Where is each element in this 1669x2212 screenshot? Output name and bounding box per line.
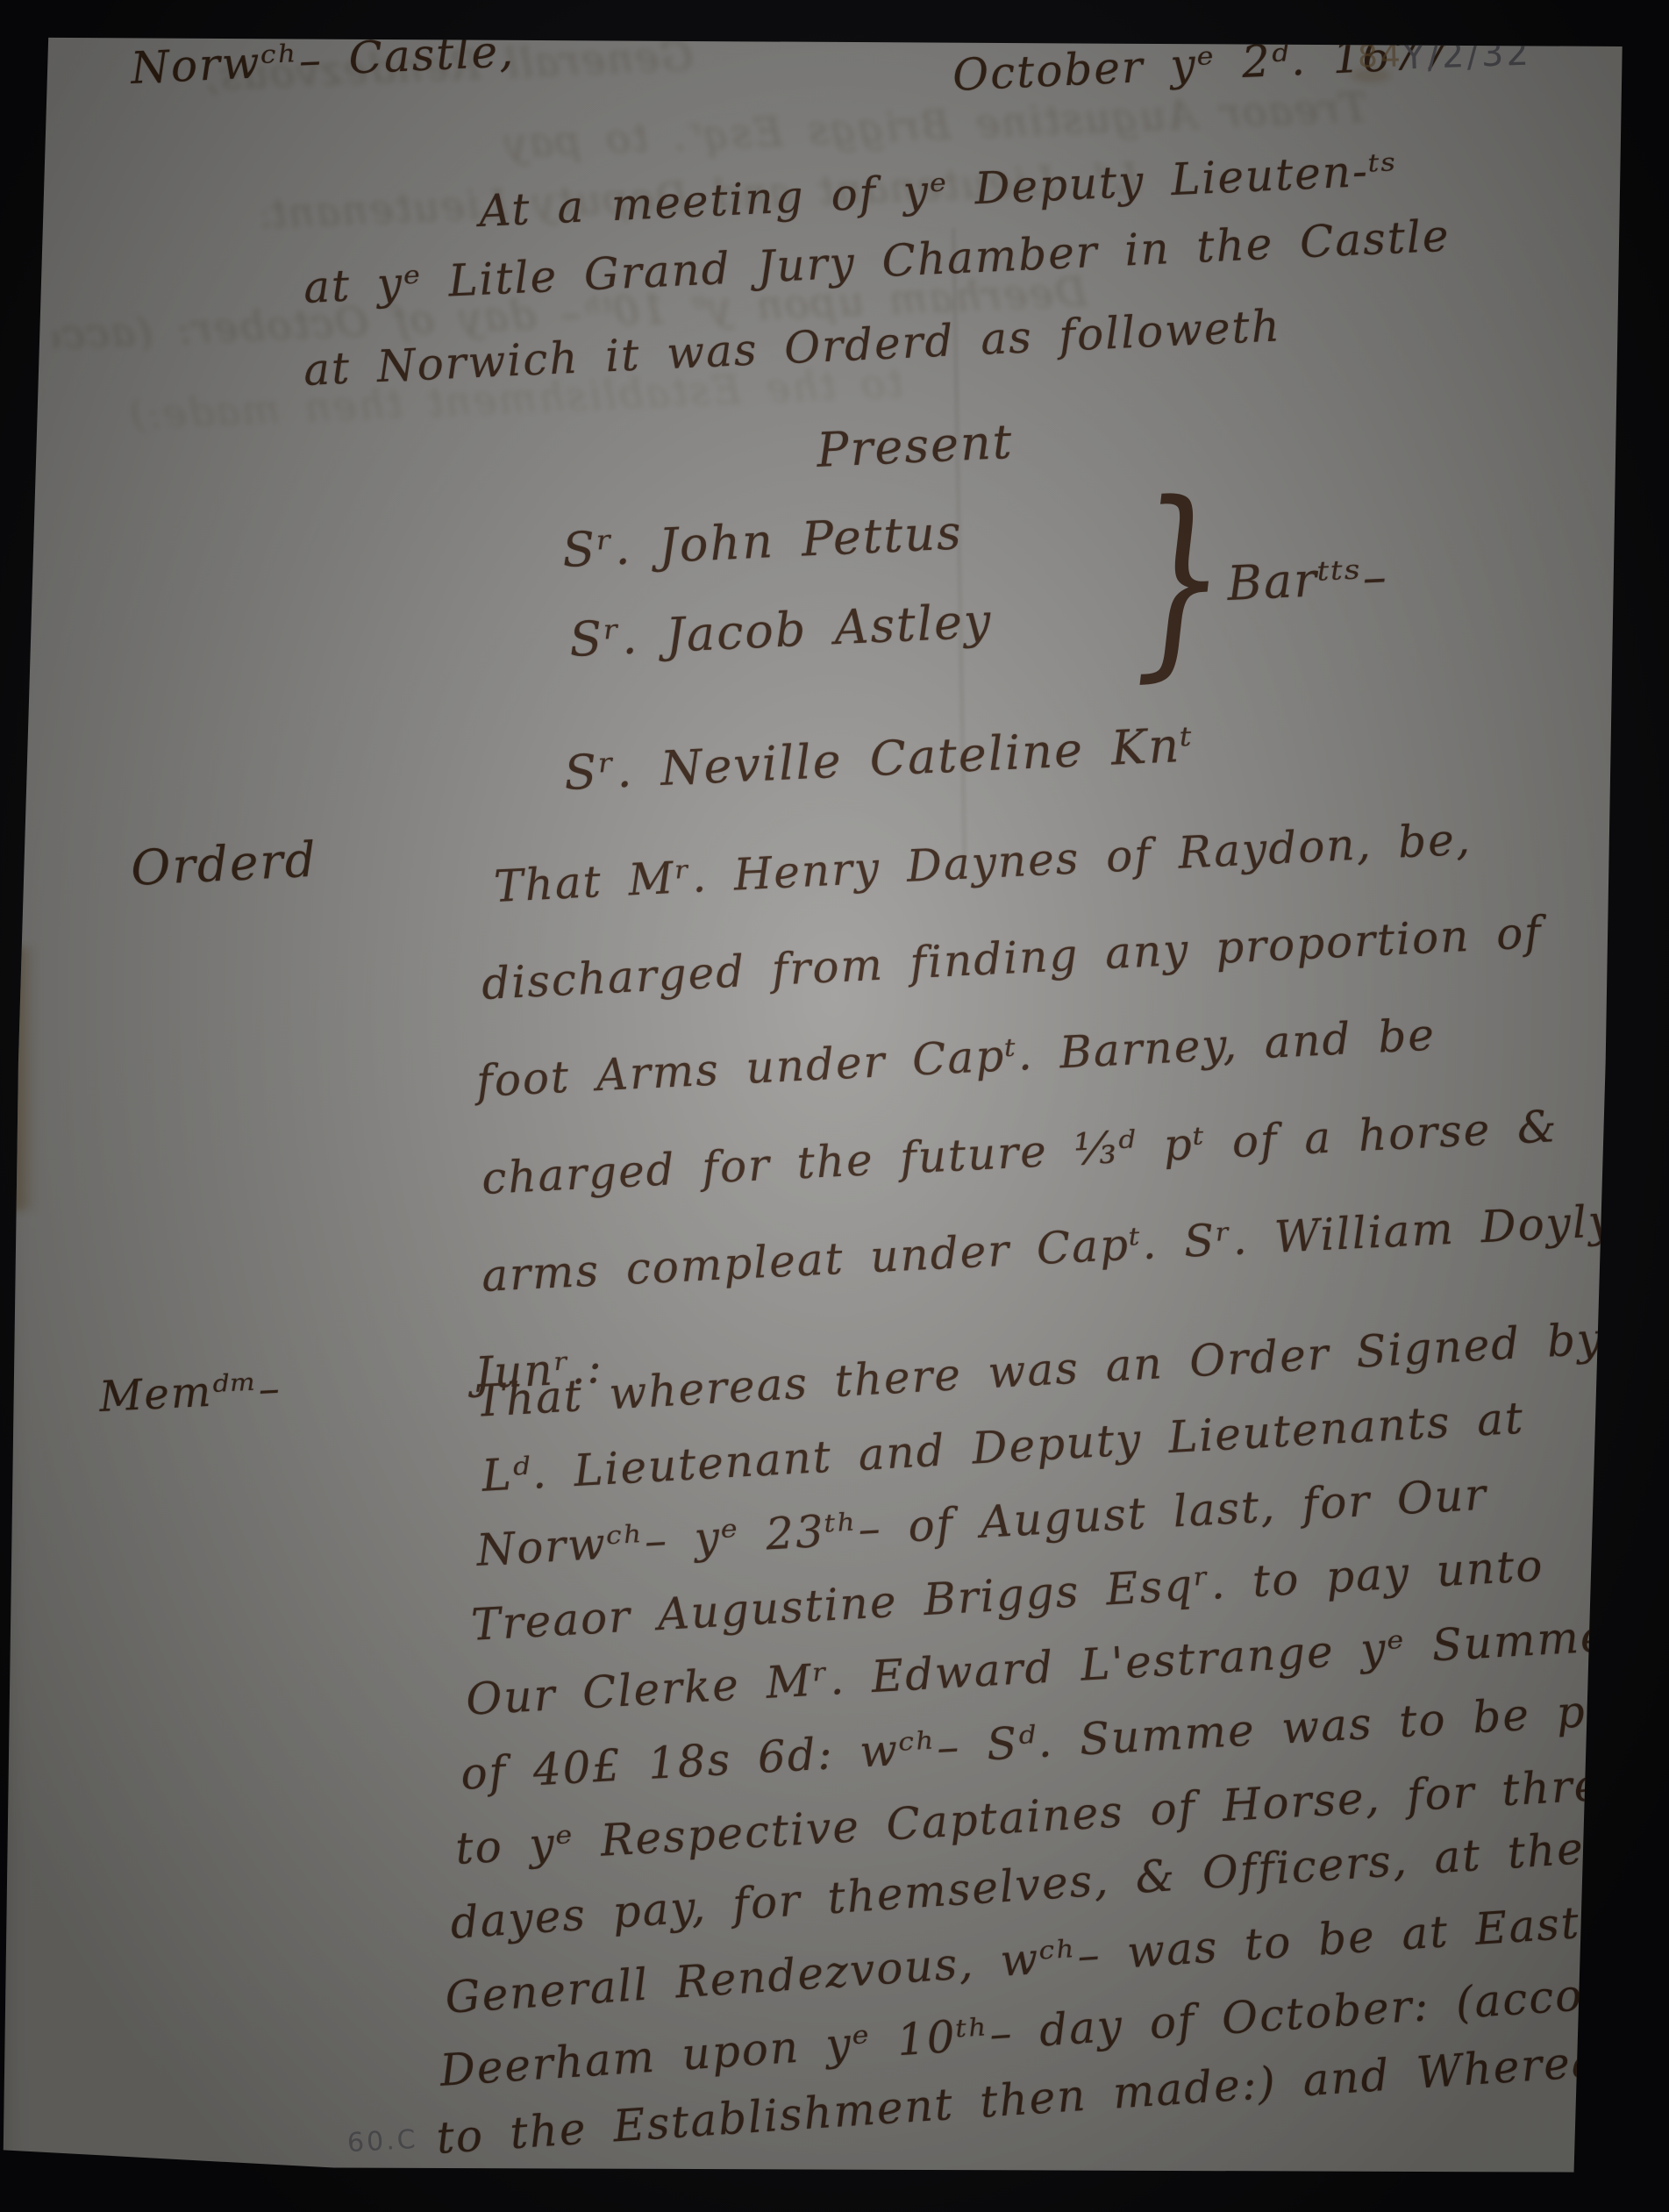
header-date: October yᵉ 2ᵈ. 1677 (952, 30, 1452, 98)
memorandum-line-3: Norwᶜʰ– yᵉ 23ᵗʰ– of August last, for Our (475, 1472, 1488, 1574)
opening-line-2: at yᵉ Litle Grand Jury Chamber in the Ca… (303, 213, 1451, 311)
memorandum-line-1: That whereas there was an Order Signed b… (474, 1312, 1669, 1425)
memorandum-line-9: Generall Rendezvous, wᶜʰ– was to be at E… (444, 1900, 1581, 2021)
orderd-line-2: discharged from finding any proportion o… (481, 910, 1544, 1008)
orderd-line-6: Junʳ.: (474, 1345, 604, 1397)
attendee-rank: Barᵗᵗˢ– (1226, 553, 1389, 610)
present-heading: Present (816, 417, 1015, 476)
paper-stain (11, 947, 37, 1210)
bleed-through-line: to the Establishment then made:) and Whe… (113, 359, 903, 439)
bleed-through-line: Lᵈ. Lieutenant and Deputy Lieutenants at (262, 153, 1140, 238)
attendee-2: Sʳ. Jacob Astley (568, 596, 994, 666)
paper-crease (952, 228, 966, 860)
bleed-through-line: Deerham upon yᵉ 10ᵗʰ– day of October: (a… (52, 268, 1088, 358)
manuscript-page: Generall Rendezvous, wᶜʰ– was to be at E… (0, 0, 1669, 2212)
orderd-line-4: charged for the future ⅓ᵈ pᵗ of a horse … (481, 1103, 1559, 1202)
memorandum-line-11: to the Establishment then made:) and Whe… (435, 2037, 1625, 2161)
attendee-1: Sʳ. John Pettus (561, 508, 964, 575)
header-place: Norwᶜʰ– Castle, (130, 28, 516, 91)
archive-reference-overwrite: 84 (1358, 39, 1404, 75)
paper-stain (1351, 68, 1391, 82)
orderd-line-5: arms compleat under Capᵗ. Sʳ. William Do… (481, 1198, 1616, 1300)
scan-background: { "header": { "place": "Norwᶜʰ– Castle,"… (0, 0, 1669, 2212)
opening-line-3: at Norwich it was Orderd as followeth (303, 303, 1282, 393)
attendee-brace: } (1130, 487, 1229, 673)
attendee-3: Sʳ. Neville Cateline Knᵗ (563, 720, 1195, 798)
memorandum-line-7: to yᵉ Respective Captaines of Horse, for… (454, 1760, 1630, 1872)
orderd-line-3: foot Arms under Capᵗ. Barney, and be (475, 1012, 1437, 1105)
bleed-through-line: Generall Rendezvous, wᶜʰ– was to be at E… (201, 32, 694, 99)
bleed-through-line: Treaor Augustine Briggs Esqʳ. to pay unt… (490, 83, 1368, 168)
opening-line-1: At a meeting of yᵉ Deputy Lieuten-ᵗˢ (478, 146, 1399, 234)
pencil-mark-bottom: 60.C (346, 2124, 418, 2158)
memorandum-line-2: Lᵈ. Lieutenant and Deputy Lieutenants at (481, 1395, 1525, 1500)
memorandum-label: Memᵈᵐ– (98, 1366, 282, 1419)
memorandum-line-10: Deerham upon yᵉ 10ᵗʰ– day of October: (a… (439, 1964, 1669, 2094)
memorandum-line-4: Treaor Augustine Briggs Esqʳ. to pay unt… (470, 1543, 1545, 1649)
archive-reference-pencil: Y/2/32 (1402, 32, 1531, 77)
orderd-line-1: That Mʳ. Henry Daynes of Raydon, be, (493, 817, 1473, 910)
memorandum-line-8: dayes pay, for themselves, & Officers, a… (449, 1818, 1669, 1947)
orderd-label: Orderd (130, 835, 318, 895)
memorandum-line-6: of 40£ 18s 6d: wᶜʰ– Sᵈ. Summe was to be … (460, 1687, 1623, 1797)
memorandum-line-5: Our Clerke Mʳ. Edward L'estrange yᵉ Summ… (465, 1613, 1609, 1723)
